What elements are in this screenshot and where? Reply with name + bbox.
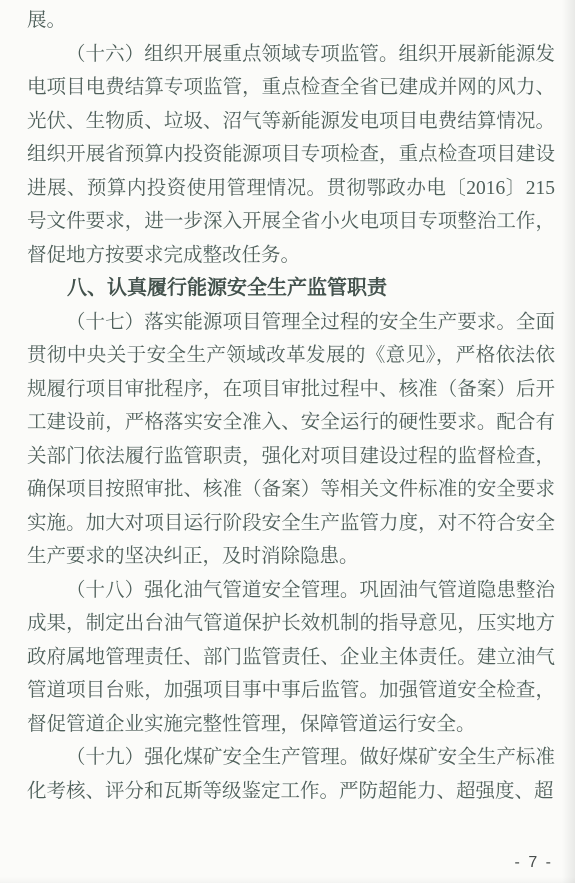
paragraph-item-18: （十八）强化油气管道安全管理。巩固油气管道隐患整治成果，制定出台油气管道保护长效… (27, 574, 555, 742)
paragraph-item-16: （十六）组织开展重点领域专项监管。组织开展新能源发电项目电费结算专项监管，重点检… (27, 38, 555, 273)
scanned-document-page: 展。 （十六）组织开展重点领域专项监管。组织开展新能源发电项目电费结算专项监管，… (0, 0, 575, 883)
page-number: - 7 - (515, 854, 553, 872)
paragraph-item-19: （十九）强化煤矿安全生产管理。做好煤矿安全生产标准化考核、评分和瓦斯等级鉴定工作… (27, 741, 555, 808)
section-heading-8: 八、认真履行能源安全生产监管职责 (27, 272, 555, 306)
paragraph-item-17: （十七）落实能源项目管理全过程的安全生产要求。全面贯彻中央关于安全生产领域改革发… (27, 306, 555, 574)
document-body: 展。 （十六）组织开展重点领域专项监管。组织开展新能源发电项目电费结算专项监管，… (27, 4, 555, 808)
paragraph-continuation: 展。 (27, 4, 555, 38)
scan-edge-shadow-bottom (0, 877, 575, 883)
scan-edge-shadow-right (562, 0, 575, 883)
